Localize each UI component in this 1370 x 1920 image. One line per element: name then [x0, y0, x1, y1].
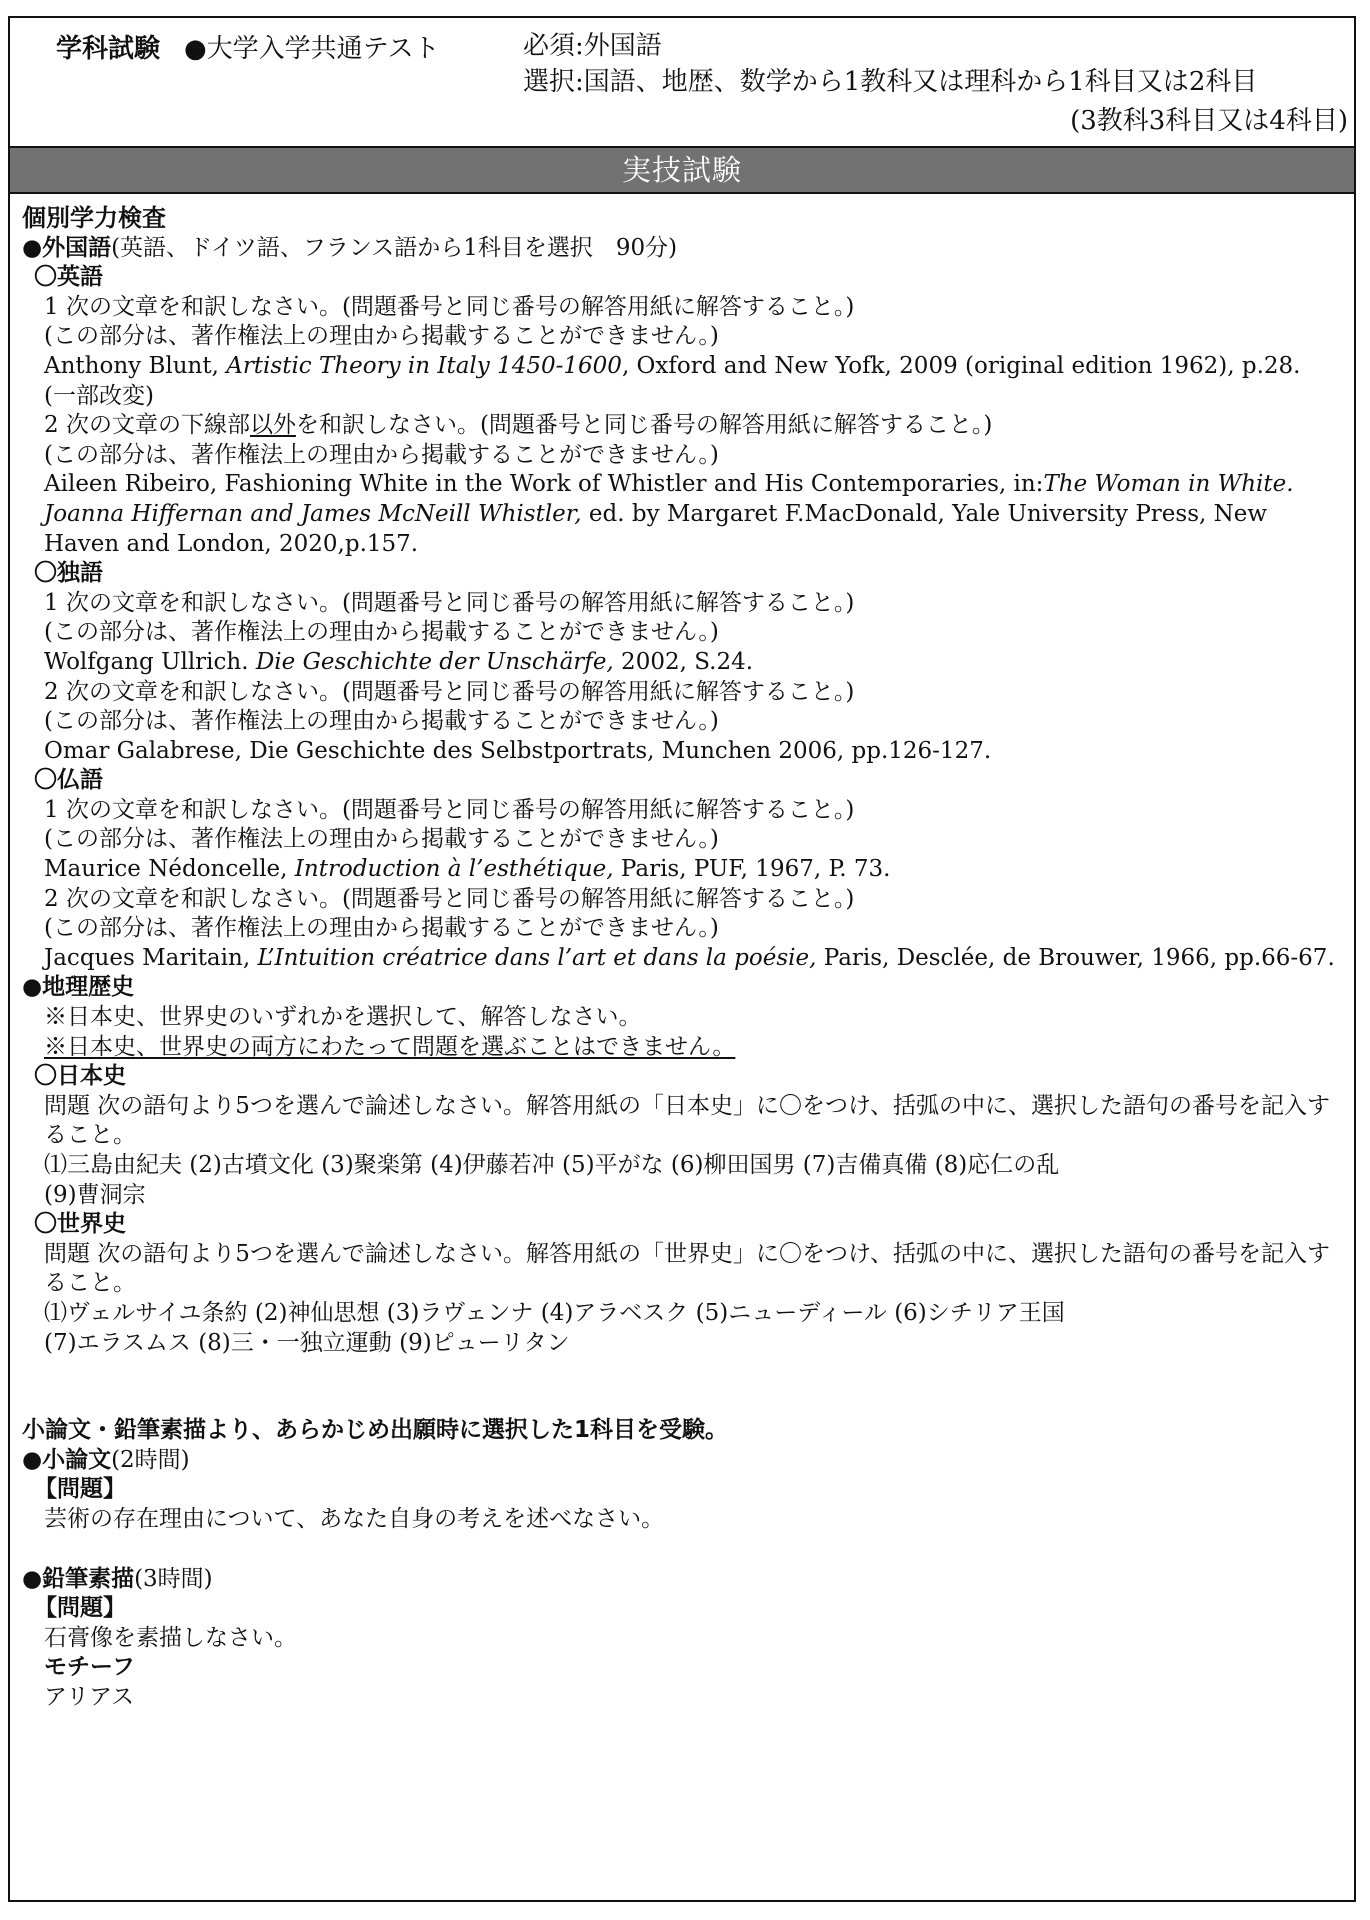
- german-q1-instruction: 1 次の文章を和訳しなさい。(問題番号と同じ番号の解答用紙に解答すること。): [22, 589, 1344, 619]
- spacer: [22, 1535, 1344, 1565]
- english-q1-instruction: 1 次の文章を和訳しなさい。(問題番号と同じ番号の解答用紙に解答すること。): [22, 293, 1344, 323]
- drawing-question-label: 【問題】: [22, 1594, 1344, 1624]
- japanese-history-terms-2: (9)曹洞宗: [22, 1181, 1344, 1211]
- french-q2-omitted: (この部分は、著作権法上の理由から掲載することができません。): [22, 914, 1344, 944]
- essay-question: 芸術の存在理由について、あなた自身の考えを述べなさい。: [22, 1505, 1344, 1535]
- practical-exam-content: 個別学力検査 ●外国語(英語、ドイツ語、フランス語から1科目を選択 90分) 〇…: [22, 204, 1344, 1713]
- geo-history-note-1: ※日本史、世界史のいずれかを選択して、解答しなさい。: [22, 1003, 1344, 1033]
- german-q1-citation: Wolfgang Ullrich. Die Geschichte der Uns…: [22, 648, 1344, 678]
- drawing-motif: アリアス: [22, 1683, 1344, 1713]
- german-q2-omitted: (この部分は、著作権法上の理由から掲載することができません。): [22, 707, 1344, 737]
- essay-heading: ●小論文(2時間): [22, 1446, 1344, 1476]
- drawing-question: 石膏像を素描しなさい。: [22, 1624, 1344, 1654]
- english-q2-instruction: 2 次の文章の下線部以外を和訳しなさい。(問題番号と同じ番号の解答用紙に解答する…: [22, 411, 1344, 441]
- english-q2-omitted: (この部分は、著作権法上の理由から掲載することができません。): [22, 441, 1344, 471]
- required-subjects: 必須:外国語: [523, 28, 1257, 64]
- practical-exam-band: 実技試験: [10, 148, 1354, 194]
- subject-requirements: 必須:外国語 選択:国語、地歴、数学から1教科又は理科から1科目又は2科目: [523, 28, 1257, 100]
- japanese-history-heading: 〇日本史: [22, 1062, 1344, 1092]
- japanese-history-terms-1: ⑴三島由紀夫 (2)古墳文化 (3)聚楽第 (4)伊藤若冲 (5)平がな (6)…: [22, 1151, 1344, 1181]
- german-q1-omitted: (この部分は、著作権法上の理由から掲載することができません。): [22, 618, 1344, 648]
- french-heading: 〇仏語: [22, 766, 1344, 796]
- world-history-heading: 〇世界史: [22, 1210, 1344, 1240]
- choice-note: 小論文・鉛筆素描より、あらかじめ出願時に選択した1科目を受験。: [22, 1416, 1344, 1446]
- japanese-history-prompt: 問題 次の語句より5つを選んで論述しなさい。解答用紙の「日本史」に〇をつけ、括弧…: [22, 1092, 1344, 1151]
- french-q1-instruction: 1 次の文章を和訳しなさい。(問題番号と同じ番号の解答用紙に解答すること。): [22, 796, 1344, 826]
- drawing-motif-label: モチーフ: [22, 1653, 1344, 1683]
- english-q1-omitted: (この部分は、著作権法上の理由から掲載することができません。): [22, 322, 1344, 352]
- english-heading: 〇英語: [22, 263, 1344, 293]
- world-history-terms-1: ⑴ヴェルサイユ条約 (2)神仙思想 (3)ラヴェンナ (4)アラベスク (5)ニ…: [22, 1299, 1344, 1329]
- french-q2-citation: Jacques Maritain, L’Intuition créatrice …: [22, 944, 1344, 974]
- section-title: 個別学力検査: [22, 204, 1344, 234]
- german-heading: 〇独語: [22, 559, 1344, 589]
- world-history-prompt: 問題 次の語句より5つを選んで論述しなさい。解答用紙の「世界史」に〇をつけ、括弧…: [22, 1240, 1344, 1299]
- geo-history-heading: ●地理歴史: [22, 973, 1344, 1003]
- written-exam-cell: 学科試験 ●大学入学共通テスト 必須:外国語 選択:国語、地歴、数学から1教科又…: [10, 18, 1354, 148]
- drawing-heading: ●鉛筆素描(3時間): [22, 1565, 1344, 1595]
- spacer: [22, 1358, 1344, 1416]
- geo-history-note-2: ※日本史、世界史の両方にわたって問題を選ぶことはできません。: [22, 1033, 1344, 1063]
- english-q1-modified: (一部改変): [22, 382, 1344, 412]
- english-q2-citation: Aileen Ribeiro, Fashioning White in the …: [22, 470, 1344, 559]
- english-q1-citation: Anthony Blunt, Artistic Theory in Italy …: [22, 352, 1344, 382]
- french-q1-omitted: (この部分は、著作権法上の理由から掲載することができません。): [22, 825, 1344, 855]
- written-exam-label: 学科試験: [56, 28, 160, 65]
- foreign-language-heading: ●外国語(英語、ドイツ語、フランス語から1科目を選択 90分): [22, 234, 1344, 264]
- common-test-label: ●大学入学共通テスト: [184, 28, 440, 65]
- practical-exam-title: 実技試験: [622, 153, 742, 187]
- elective-subjects: 選択:国語、地歴、数学から1教科又は理科から1科目又は2科目: [523, 64, 1257, 100]
- french-q1-citation: Maurice Nédoncelle, Introduction à l’est…: [22, 855, 1344, 885]
- german-q2-instruction: 2 次の文章を和訳しなさい。(問題番号と同じ番号の解答用紙に解答すること。): [22, 678, 1344, 708]
- exam-table: 学科試験 ●大学入学共通テスト 必須:外国語 選択:国語、地歴、数学から1教科又…: [8, 16, 1356, 1902]
- world-history-terms-2: (7)エラスムス (8)三・一独立運動 (9)ピューリタン: [22, 1329, 1344, 1359]
- essay-question-label: 【問題】: [22, 1475, 1344, 1505]
- german-q2-citation: Omar Galabrese, Die Geschichte des Selbs…: [22, 737, 1344, 767]
- total-subjects-note: (3教科3科目又は4科目): [1070, 100, 1348, 137]
- french-q2-instruction: 2 次の文章を和訳しなさい。(問題番号と同じ番号の解答用紙に解答すること。): [22, 885, 1344, 915]
